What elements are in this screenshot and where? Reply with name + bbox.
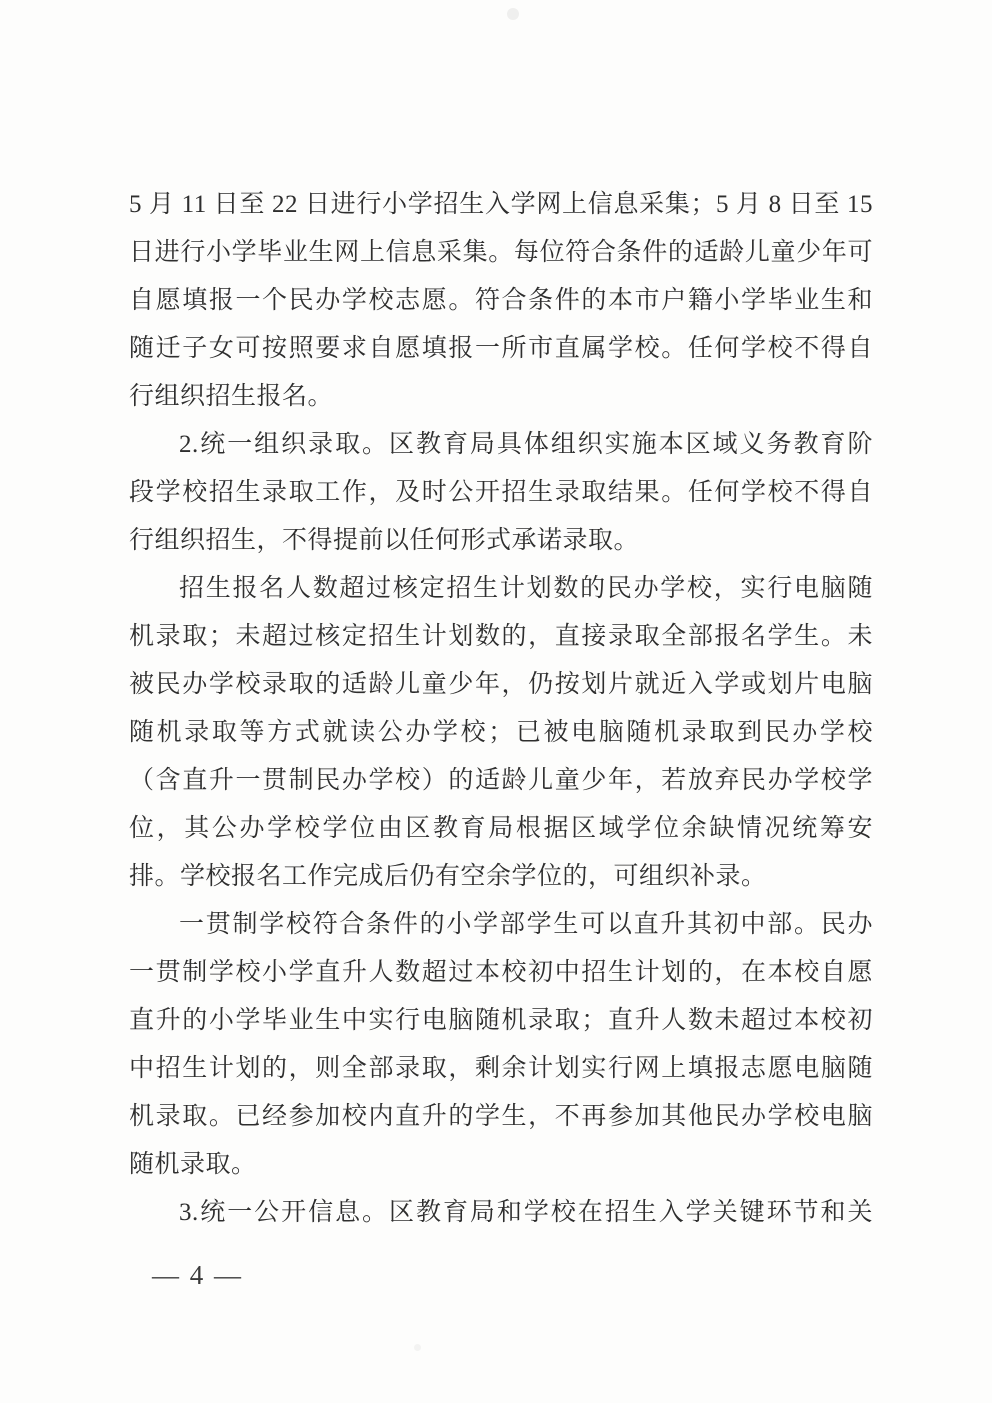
page-number: — 4 —	[152, 1258, 243, 1292]
text-line: 一贯制学校符合条件的小学部学生可以直升其初中部。民办	[129, 901, 873, 949]
text-line: 段学校招生录取工作，及时公开招生录取结果。任何学校不得自	[129, 469, 873, 517]
text-line: 3.统一公开信息。区教育局和学校在招生入学关键环节和关	[129, 1189, 873, 1237]
text-line: 中招生计划的，则全部录取，剩余计划实行网上填报志愿电脑随	[129, 1045, 873, 1093]
text-line: 排。学校报名工作完成后仍有空余学位的，可组织补录。	[129, 853, 873, 901]
text-line: 行组织招生，不得提前以任何形式承诺录取。	[129, 517, 873, 565]
text-line: 直升的小学毕业生中实行电脑随机录取；直升人数未超过本校初	[129, 997, 873, 1045]
text-line: 招生报名人数超过核定招生计划数的民办学校，实行电脑随	[129, 565, 873, 613]
text-line: 机录取；未超过核定招生计划数的，直接录取全部报名学生。未	[129, 613, 873, 661]
text-line: 机录取。已经参加校内直升的学生，不再参加其他民办学校电脑	[129, 1093, 873, 1141]
text-line: 日进行小学毕业生网上信息采集。每位符合条件的适龄儿童少年可	[129, 229, 873, 277]
text-line: 自愿填报一个民办学校志愿。符合条件的本市户籍小学毕业生和	[129, 277, 873, 325]
text-line: 随机录取。	[129, 1141, 873, 1189]
document-page: 5 月 11 日至 22 日进行小学招生入学网上信息采集；5 月 8 日至 15…	[0, 0, 992, 1403]
text-line: 随迁子女可按照要求自愿填报一所市直属学校。任何学校不得自	[129, 325, 873, 373]
scan-speck	[414, 1344, 421, 1351]
text-line: 2.统一组织录取。区教育局具体组织实施本区域义务教育阶	[129, 421, 873, 469]
scan-speck	[507, 8, 519, 20]
text-line: 位，其公办学校学位由区教育局根据区域学位余缺情况统筹安	[129, 805, 873, 853]
text-line: 5 月 11 日至 22 日进行小学招生入学网上信息采集；5 月 8 日至 15	[129, 181, 873, 229]
text-line: 随机录取等方式就读公办学校；已被电脑随机录取到民办学校	[129, 709, 873, 757]
text-line: 被民办学校录取的适龄儿童少年，仍按划片就近入学或划片电脑	[129, 661, 873, 709]
text-line: 行组织招生报名。	[129, 373, 873, 421]
text-line: 一贯制学校小学直升人数超过本校初中招生计划的，在本校自愿	[129, 949, 873, 997]
text-line: （含直升一贯制民办学校）的适龄儿童少年，若放弃民办学校学	[129, 757, 873, 805]
document-body: 5 月 11 日至 22 日进行小学招生入学网上信息采集；5 月 8 日至 15…	[129, 181, 873, 1237]
